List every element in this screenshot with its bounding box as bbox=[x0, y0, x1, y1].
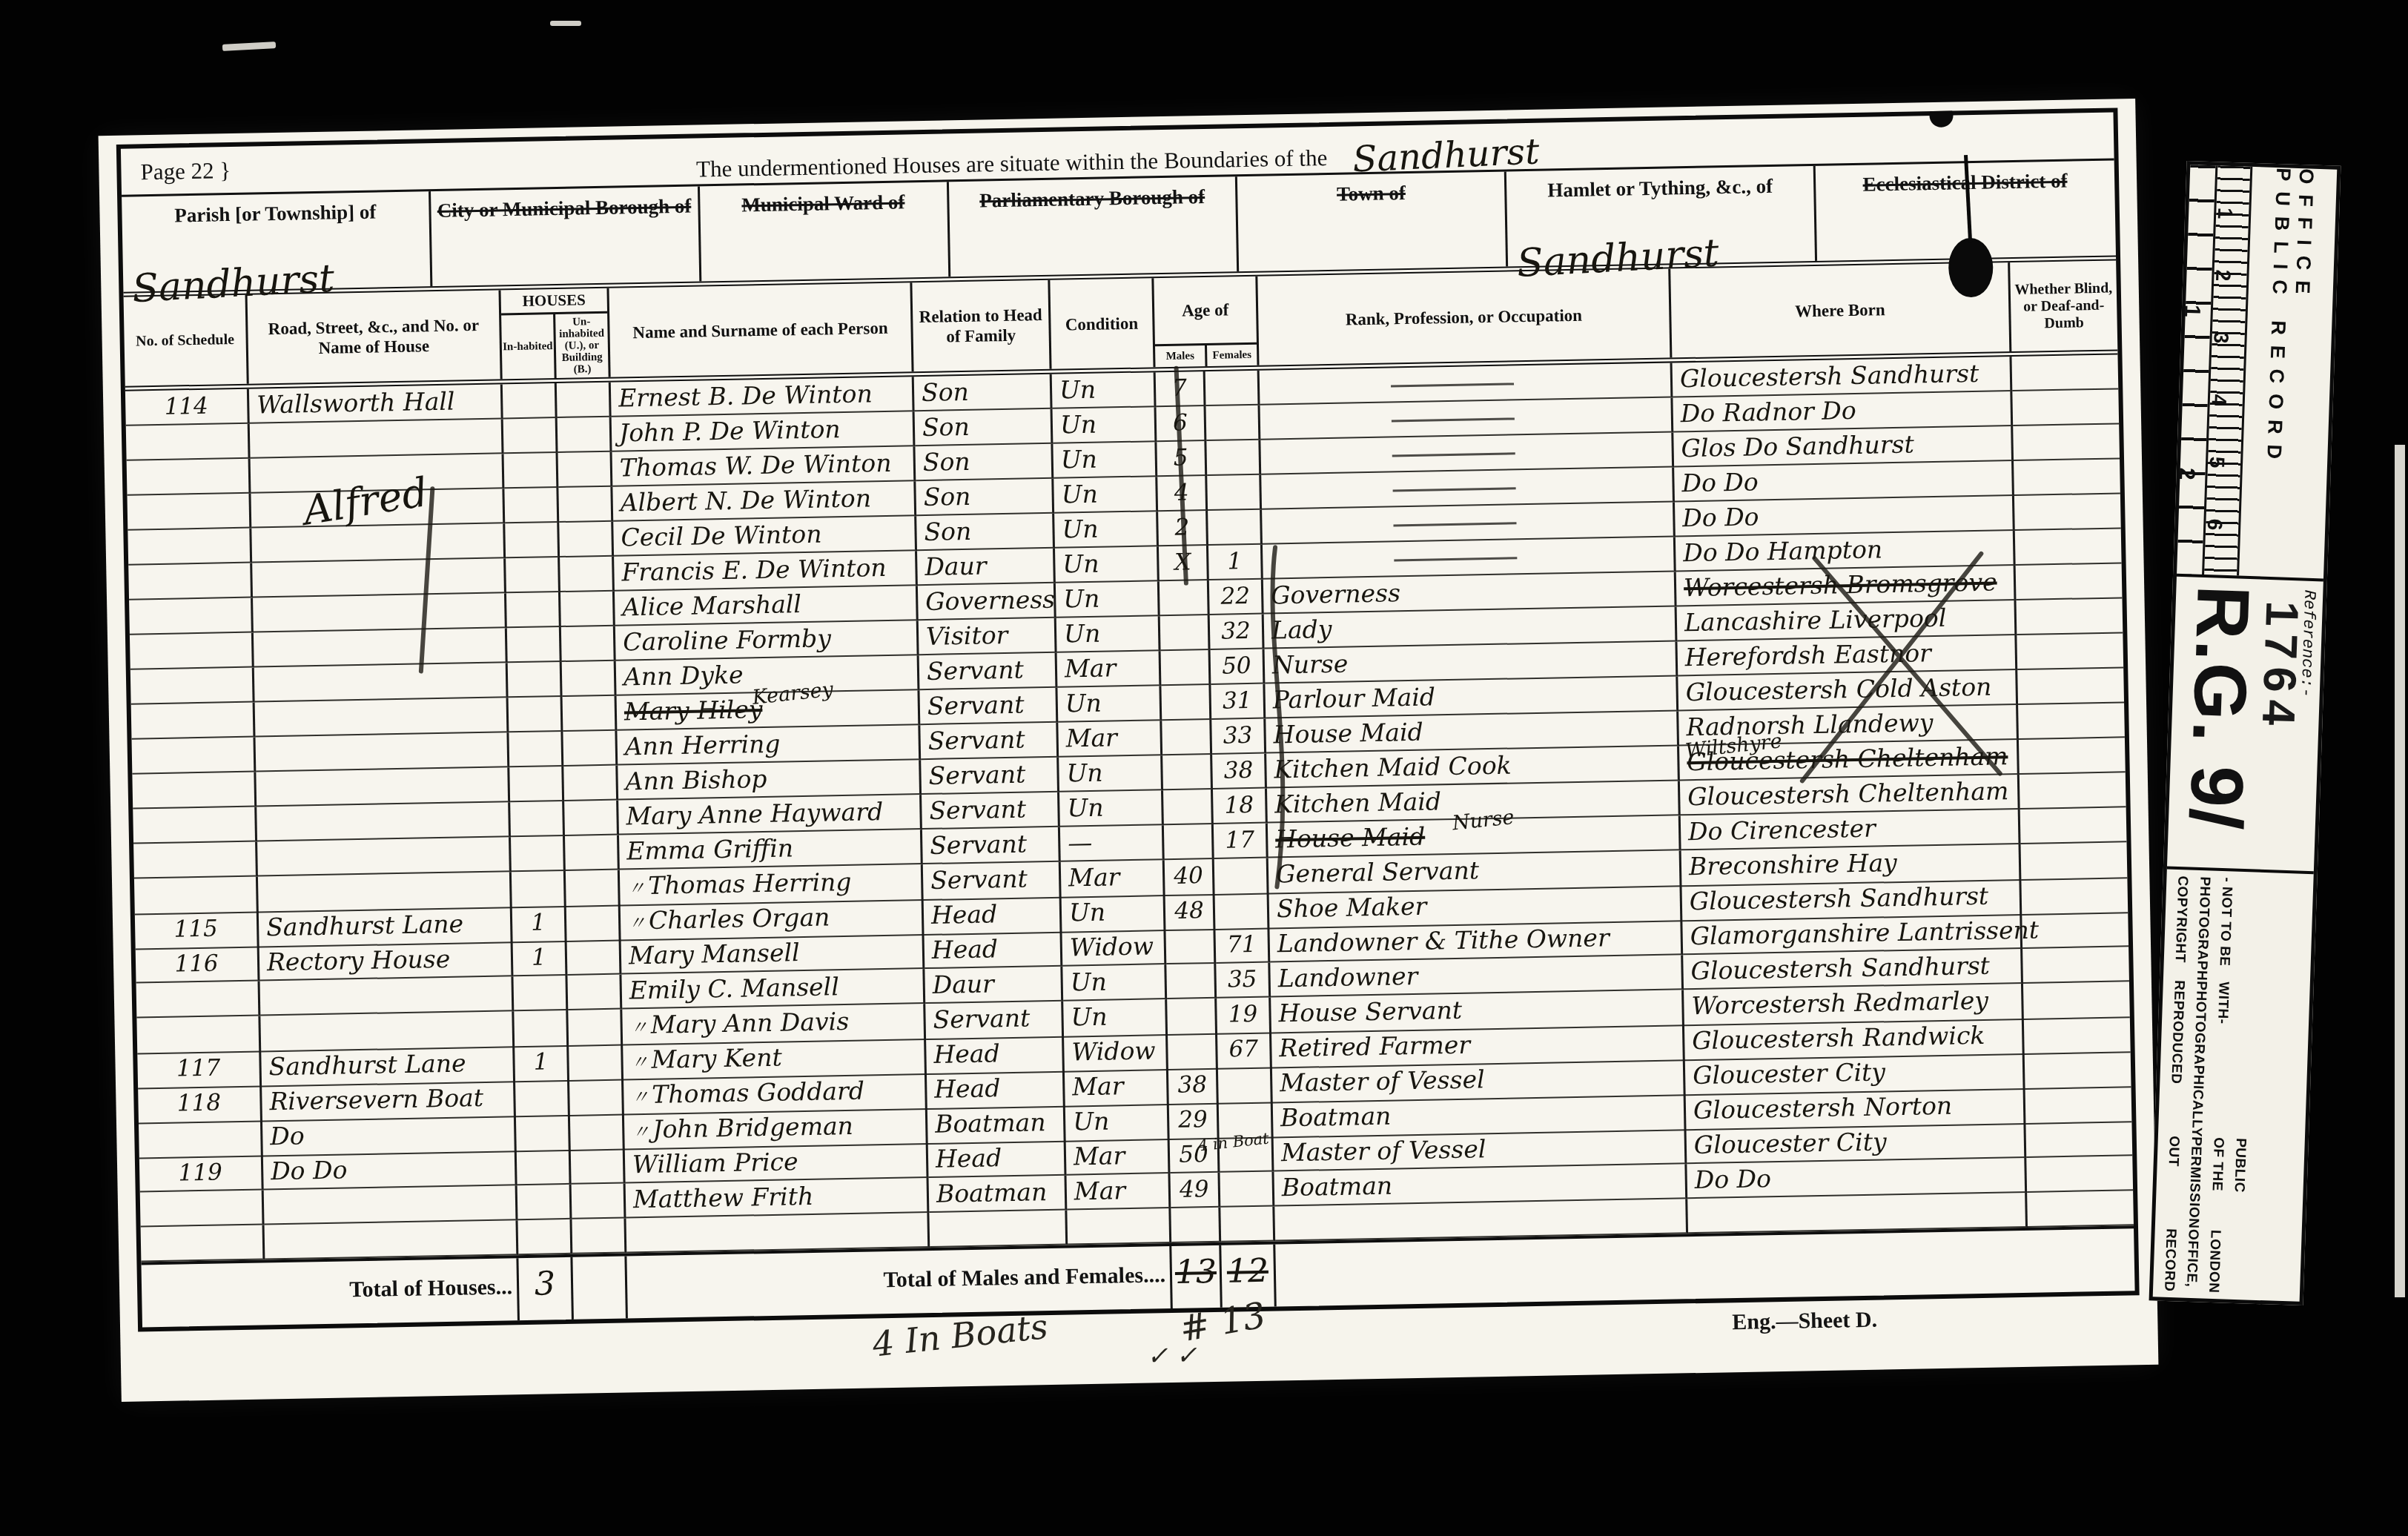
cell-name: Francis E. De Winton bbox=[614, 551, 918, 591]
cell-age-female: 17 bbox=[1214, 824, 1268, 859]
cell-age-female bbox=[1206, 405, 1261, 441]
cell-schedule bbox=[140, 1190, 265, 1227]
cell-blind bbox=[2012, 389, 2119, 426]
reference-label: Reference:- bbox=[2297, 589, 2319, 698]
film-speck bbox=[222, 42, 276, 51]
cell-born: Gloucestersh CheltenhamWiltshyre bbox=[1679, 740, 2020, 781]
cell-relation: Servant bbox=[922, 792, 1060, 830]
cell-inhabited bbox=[505, 523, 560, 558]
cell-blind bbox=[2015, 529, 2122, 566]
cell-relation: Boatman bbox=[927, 1106, 1066, 1145]
cell-age-male bbox=[1168, 1033, 1218, 1070]
cell-age-female bbox=[1214, 858, 1269, 896]
cell-house bbox=[257, 837, 512, 876]
col-relation: Relation to Head of Family bbox=[912, 280, 1051, 371]
cell-inhabited bbox=[513, 976, 568, 1011]
cell-condition: Un bbox=[1056, 581, 1160, 618]
cell-uninhabited bbox=[558, 417, 612, 453]
cell-name: Ann Bishop bbox=[618, 760, 922, 800]
cell-name: Mary Mansell bbox=[621, 934, 925, 974]
col-inhabited: In-habited bbox=[501, 314, 557, 379]
jurisdiction-field-3: Parliamentary Borough of bbox=[948, 176, 1239, 277]
col-males: Males bbox=[1155, 345, 1208, 367]
cell-relation: Son bbox=[916, 479, 1054, 516]
cell-schedule bbox=[130, 633, 254, 670]
cell-relation: Head bbox=[927, 1071, 1065, 1110]
ruler-number: 4 bbox=[2206, 394, 2230, 406]
cell-age-female: 22 bbox=[1209, 580, 1264, 615]
ruler-number: 2 bbox=[2211, 269, 2235, 282]
cell-uninhabited bbox=[572, 1184, 626, 1219]
cell-age-male bbox=[1165, 929, 1216, 964]
col-house: Road, Street, &c., and No. or Name of Ho… bbox=[248, 290, 503, 383]
cell-age-male: 4 bbox=[1157, 476, 1208, 512]
jurisdiction-field-2: Municipal Ward of bbox=[699, 182, 950, 281]
cell-name: Ernest B. De Winton bbox=[611, 377, 915, 417]
cell-blind bbox=[2014, 459, 2120, 496]
cell-age-male bbox=[1167, 999, 1217, 1036]
cell-born: Do Do Hampton bbox=[1676, 531, 2016, 572]
cell-relation: Servant bbox=[923, 862, 1062, 901]
cell-relation: Servant bbox=[920, 723, 1059, 760]
col-occupation: Rank, Profession, or Occupation bbox=[1257, 268, 1672, 365]
cell-condition: Un bbox=[1059, 790, 1164, 827]
census-page: Page 22 } The undermentioned Houses are … bbox=[99, 99, 2159, 1402]
cell-relation: Head bbox=[926, 1036, 1065, 1075]
cell-inhabited bbox=[510, 801, 565, 837]
field-label: City or Municipal Borough of bbox=[431, 194, 698, 223]
cell-age-male bbox=[1171, 1208, 1221, 1243]
cell-condition: Un bbox=[1062, 895, 1166, 933]
cell-blind bbox=[2025, 1121, 2132, 1158]
film-edge-sliver bbox=[2395, 445, 2405, 1297]
ruler-inch-number: 1 bbox=[2179, 304, 2205, 317]
jurisdiction-field-0: Parish [or Township] ofSandhurst bbox=[122, 191, 432, 292]
cell-uninhabited bbox=[565, 835, 620, 871]
cell-inhabited bbox=[511, 836, 566, 872]
cell-name: William Price bbox=[625, 1143, 929, 1183]
cell-house: Alfred bbox=[251, 489, 505, 528]
cell-blind bbox=[2022, 912, 2128, 949]
cell-born: Do Do bbox=[1674, 461, 2014, 502]
cell-born: Gloucester City bbox=[1686, 1123, 2026, 1164]
cell-schedule bbox=[132, 772, 257, 810]
cell-relation: Head bbox=[924, 897, 1062, 936]
cell-condition: Mar bbox=[1058, 721, 1162, 758]
cell-uninhabited bbox=[560, 592, 615, 627]
cell-blind bbox=[2013, 424, 2120, 461]
field-label: Town of bbox=[1237, 179, 1504, 208]
cell-house bbox=[254, 628, 508, 667]
cell-born: Do Do bbox=[1675, 496, 2015, 537]
cell-uninhabited bbox=[563, 696, 618, 732]
cell-age-female bbox=[1205, 371, 1260, 406]
cell-uninhabited bbox=[571, 1149, 626, 1185]
cell-relation: Son bbox=[915, 409, 1053, 446]
cell-uninhabited bbox=[564, 801, 619, 836]
cell-inhabited bbox=[517, 1185, 572, 1220]
cell-relation: Son bbox=[916, 514, 1055, 551]
cell-inhabited bbox=[515, 1080, 570, 1117]
cell-inhabited bbox=[512, 871, 566, 908]
copyright-line: RECORD OFFICE, LONDON bbox=[2157, 1228, 2298, 1295]
cell-born: Herefordsh Eastnor bbox=[1677, 635, 2017, 676]
col-condition: Condition bbox=[1050, 278, 1155, 369]
jurisdiction-field-6: Ecclesiastical District of bbox=[1815, 161, 2116, 261]
cell-uninhabited bbox=[558, 487, 613, 523]
cell-schedule bbox=[133, 842, 258, 879]
cell-inhabited bbox=[506, 557, 560, 593]
cell-name: John P. De Winton bbox=[612, 411, 916, 451]
ruler-number: 3 bbox=[2209, 331, 2232, 344]
cell-age-female: 19 bbox=[1217, 998, 1271, 1035]
cell-schedule: 116 bbox=[136, 947, 260, 984]
cell-inhabited: 1 bbox=[515, 1045, 569, 1082]
census-table: Page 22 } The undermentioned Houses are … bbox=[116, 107, 2140, 1331]
cell-house bbox=[252, 558, 506, 597]
cell-name: Caroline Formby bbox=[615, 620, 919, 661]
cell-schedule bbox=[141, 1225, 265, 1262]
cell-condition: Un bbox=[1056, 616, 1161, 653]
cell-age-female: 33 bbox=[1211, 719, 1266, 755]
cell-blind bbox=[2020, 772, 2126, 810]
cell-age-female: 31 bbox=[1211, 684, 1266, 720]
cell-house bbox=[265, 1220, 519, 1259]
cell-relation: Head bbox=[928, 1141, 1067, 1178]
cell-house bbox=[253, 593, 507, 632]
public-record-office-label: PUBLIC RECORD OFFICE bbox=[2258, 168, 2318, 578]
cell-blind bbox=[2018, 703, 2125, 740]
cell-age-male bbox=[1160, 615, 1211, 651]
cell-inhabited: 1 bbox=[513, 941, 568, 976]
cell-inhabited bbox=[504, 488, 559, 523]
cell-inhabited bbox=[507, 627, 562, 663]
col-born: Where Born bbox=[1670, 262, 2011, 357]
cell-born: Gloucestersh Cold Aston bbox=[1678, 670, 2018, 711]
cell-house bbox=[260, 976, 515, 1016]
cell-born: Glos Do Sandhurst bbox=[1673, 426, 2014, 467]
col-females: Females bbox=[1207, 345, 1257, 366]
cell-schedule bbox=[129, 598, 254, 635]
cell-blind bbox=[2014, 494, 2121, 531]
copyright-notice: COPYRIGHT PHOTOGRAPH - NOT TO BEREPRODUC… bbox=[2153, 870, 2314, 1302]
cell-age-female: 71 bbox=[1215, 928, 1270, 964]
cell-born: Gloucestersh Cheltenham bbox=[1680, 775, 2020, 815]
cell-blind bbox=[2016, 598, 2123, 635]
cell-age-female: 1 bbox=[1208, 545, 1263, 580]
cell-age-female bbox=[1218, 1067, 1273, 1105]
cell-blind bbox=[2017, 668, 2124, 705]
col-houses-group: HOUSES In-habited Un-inhabited (U.), or … bbox=[500, 288, 610, 380]
cell-name: Emma Griffin bbox=[619, 830, 923, 870]
cell-schedule: 119 bbox=[139, 1155, 264, 1192]
cell-blind bbox=[2023, 981, 2130, 1020]
cell-name: Matthew Frith bbox=[626, 1178, 930, 1218]
cell-uninhabited bbox=[559, 522, 614, 557]
cell-condition: Un bbox=[1059, 755, 1163, 792]
cell-age-male bbox=[1160, 580, 1210, 616]
cell-relation: Servant bbox=[919, 653, 1058, 690]
cell-condition: Un bbox=[1055, 546, 1160, 583]
cell-uninhabited bbox=[567, 940, 622, 976]
cell-born: Do Cirencester bbox=[1681, 810, 2021, 850]
cell-inhabited: 1 bbox=[512, 906, 567, 943]
cell-inhabited bbox=[503, 418, 558, 454]
cell-condition: Un bbox=[1065, 1104, 1170, 1142]
cell-relation: Daur bbox=[924, 967, 1063, 1004]
cell-age-male bbox=[1164, 824, 1214, 860]
cell-house bbox=[257, 802, 511, 841]
copyright-line: OUT PERMISSION OF THE PUBLIC bbox=[2160, 1136, 2300, 1232]
cell-house bbox=[255, 732, 509, 772]
cell-blind bbox=[2021, 877, 2128, 916]
cell-blind bbox=[2022, 947, 2129, 984]
cell-condition: Un bbox=[1053, 442, 1157, 479]
cell-condition: Mar bbox=[1057, 651, 1162, 688]
cell-blind bbox=[2021, 842, 2128, 881]
cell-condition: Widow bbox=[1062, 930, 1166, 967]
cell-blind bbox=[2017, 633, 2123, 670]
cell-blind bbox=[2024, 1016, 2131, 1055]
field-label: Parliamentary Borough of bbox=[949, 184, 1236, 213]
cell-age-male: 48 bbox=[1165, 894, 1216, 931]
col-name: Name and Surname of each Person bbox=[609, 282, 913, 377]
cell-schedule bbox=[139, 1120, 263, 1159]
cell-age-female bbox=[1215, 893, 1270, 930]
cell-schedule bbox=[127, 494, 251, 531]
cell-born: Do Do bbox=[1687, 1158, 2027, 1199]
col-uninhabited: Un-inhabited (U.), or Building (B.) bbox=[555, 314, 609, 378]
jurisdiction-field-1: City or Municipal Borough of bbox=[431, 186, 701, 286]
cell-house bbox=[256, 767, 510, 807]
cell-uninhabited bbox=[572, 1219, 626, 1254]
cell-schedule bbox=[130, 668, 255, 705]
cell-schedule bbox=[128, 563, 253, 600]
col-schedule: No. of Schedule bbox=[124, 295, 249, 386]
ruler: 12 123456 PUBLIC RECORD OFFICE bbox=[2177, 165, 2337, 581]
cell-uninhabited bbox=[561, 626, 616, 662]
cell-age-male: 40 bbox=[1165, 859, 1215, 896]
cell-schedule bbox=[132, 738, 257, 775]
cell-condition: Un bbox=[1053, 407, 1157, 444]
cell-uninhabited bbox=[557, 383, 612, 418]
sheet-footer: Eng.—Sheet D. bbox=[1732, 1308, 1877, 1336]
cell-age-female bbox=[1220, 1206, 1275, 1242]
cell-name: Cecil De Winton bbox=[613, 516, 917, 556]
cell-condition: Un bbox=[1057, 686, 1162, 723]
cell-condition: Un bbox=[1063, 999, 1168, 1038]
cell-uninhabited bbox=[568, 1010, 623, 1047]
cell-age-male bbox=[1162, 720, 1212, 755]
cell-uninhabited bbox=[566, 905, 621, 942]
cell-schedule bbox=[131, 703, 256, 740]
cell-uninhabited bbox=[566, 870, 621, 907]
cell-name: Mary HileyKearsey bbox=[617, 690, 921, 730]
cell-relation: Daur bbox=[917, 549, 1056, 586]
cell-born: Lancashire Liverpool bbox=[1677, 600, 2017, 641]
col-blind: Whether Blind, or Deaf-and-Dumb bbox=[2010, 260, 2117, 351]
col-age-group: Age of Males Females bbox=[1154, 277, 1259, 368]
cell-age-female: 38 bbox=[1212, 754, 1267, 789]
cell-age-male: 504 in Boat bbox=[1170, 1138, 1220, 1173]
field-label: Hamlet or Tything, &c., of bbox=[1506, 173, 1813, 203]
cell-blind bbox=[2016, 563, 2123, 600]
cell-inhabited bbox=[514, 1010, 569, 1047]
cell-house bbox=[264, 1185, 518, 1225]
cell-uninhabited bbox=[570, 1114, 625, 1151]
census-rows: 114Wallsworth HallErnest B. De WintonSon… bbox=[125, 354, 2134, 1262]
cell-condition: Mar bbox=[1066, 1139, 1171, 1176]
cell-age-male: 2 bbox=[1158, 511, 1208, 546]
cell-condition: Un bbox=[1053, 477, 1158, 514]
jurisdiction-field-4: Town of bbox=[1237, 172, 1508, 272]
cell-name bbox=[626, 1213, 930, 1253]
cell-house bbox=[251, 523, 506, 563]
copyright-line: COPYRIGHT PHOTOGRAPH - NOT TO BE bbox=[2168, 875, 2309, 984]
cell-age-male bbox=[1162, 755, 1213, 790]
cell-blind bbox=[2011, 354, 2118, 391]
cell-blind bbox=[2020, 807, 2127, 844]
cell-schedule bbox=[134, 877, 259, 916]
cell-age-male: X bbox=[1159, 546, 1209, 581]
occupation-correction: Nurse bbox=[1451, 801, 1516, 841]
cell-uninhabited bbox=[558, 452, 613, 488]
cell-age-male bbox=[1166, 964, 1217, 999]
cell-uninhabited bbox=[569, 1045, 623, 1082]
reference-zone: R.G. 9/ 1764 Reference:- bbox=[2167, 577, 2323, 875]
cell-born: Worcestersh Bromsgrove bbox=[1676, 566, 2017, 606]
series-reference: R.G. 9/ bbox=[2174, 584, 2265, 832]
cell-age-male bbox=[1161, 650, 1211, 686]
cell-uninhabited bbox=[563, 766, 618, 801]
cell-blind bbox=[2025, 1086, 2132, 1125]
cell-age-female bbox=[1206, 440, 1261, 476]
check-marks: ✓ ✓ bbox=[1147, 1340, 1198, 1371]
cell-inhabited bbox=[506, 592, 561, 628]
cell-relation: Servant bbox=[919, 688, 1058, 725]
cell-relation: Servant bbox=[921, 758, 1059, 795]
cell-schedule bbox=[127, 459, 251, 496]
cell-house bbox=[255, 698, 509, 737]
cell-born bbox=[1687, 1193, 2028, 1234]
cell-age-female bbox=[1207, 475, 1262, 511]
cell-age-male: 38 bbox=[1168, 1068, 1219, 1105]
cell-condition: — bbox=[1060, 825, 1165, 862]
cell-age-male bbox=[1161, 685, 1211, 721]
cell-schedule bbox=[136, 1016, 261, 1055]
cell-inhabited bbox=[509, 732, 563, 767]
cell-uninhabited bbox=[563, 731, 618, 767]
cell-condition: Mar bbox=[1065, 1069, 1169, 1108]
cell-condition: Un bbox=[1052, 372, 1157, 409]
cell-born: Do Radnor Do bbox=[1673, 391, 2013, 432]
cell-blind bbox=[2019, 738, 2126, 775]
cell-condition: Widow bbox=[1064, 1034, 1168, 1073]
cell-name: Thomas W. De Winton bbox=[612, 446, 916, 486]
cell-schedule bbox=[136, 981, 261, 1019]
cell-born: Glamorganshire Lantrissent bbox=[1682, 914, 2022, 955]
ruler-number: 1 bbox=[2213, 207, 2237, 219]
cell-relation: Boatman bbox=[929, 1176, 1068, 1213]
cell-inhabited bbox=[517, 1150, 572, 1185]
cell-age-female: 35 bbox=[1216, 963, 1271, 999]
cell-blind bbox=[2027, 1191, 2134, 1228]
cell-born: Gloucestersh Sandhurst bbox=[1673, 357, 2013, 397]
cell-age-male bbox=[1163, 789, 1214, 825]
cell-schedule bbox=[128, 529, 252, 566]
field-label: Municipal Ward of bbox=[700, 189, 947, 217]
cell-condition: Un bbox=[1062, 964, 1167, 1002]
cell-schedule: 118 bbox=[138, 1085, 262, 1124]
cell-inhabited bbox=[516, 1115, 571, 1152]
cell-name: Emily C. Mansell bbox=[621, 969, 925, 1009]
total-males-females-label: Total of Males and Females.... bbox=[626, 1246, 1172, 1318]
ruler-number: 6 bbox=[2203, 518, 2226, 531]
cell-condition bbox=[1067, 1208, 1171, 1245]
cell-name: Ann Herring bbox=[617, 725, 921, 765]
cell-relation: Servant bbox=[925, 1002, 1064, 1040]
cell-born: Gloucestersh Sandhurst bbox=[1683, 949, 2023, 990]
cell-relation bbox=[929, 1211, 1068, 1248]
ruler-number: 5 bbox=[2205, 456, 2229, 469]
cell-age-male: 5 bbox=[1157, 441, 1207, 477]
cell-age-female: 18 bbox=[1213, 789, 1268, 824]
cell-schedule bbox=[133, 807, 257, 844]
cell-uninhabited bbox=[567, 975, 622, 1010]
cell-uninhabited bbox=[560, 557, 615, 592]
field-label: Ecclesiastical District of bbox=[1816, 168, 2115, 196]
cell-age-female bbox=[1220, 1171, 1274, 1207]
jurisdiction-field-5: Hamlet or Tything, &c., ofSandhurst bbox=[1506, 166, 1817, 267]
total-houses-label: Total of Houses... bbox=[142, 1258, 520, 1327]
cell-condition: Un bbox=[1054, 512, 1159, 549]
cell-inhabited bbox=[517, 1219, 572, 1255]
cell-blind bbox=[2025, 1051, 2131, 1090]
ruler-inch-number: 2 bbox=[2174, 467, 2200, 480]
cell-schedule: 117 bbox=[137, 1051, 262, 1090]
cell-house bbox=[254, 663, 509, 702]
cell-condition: Mar bbox=[1066, 1173, 1171, 1211]
cell-uninhabited bbox=[569, 1079, 624, 1116]
cell-age-female: 67 bbox=[1217, 1033, 1272, 1070]
cell-blind bbox=[2026, 1156, 2133, 1193]
cell-relation: Visitor bbox=[919, 618, 1057, 655]
cell-inhabited bbox=[508, 662, 563, 698]
cell-age-female bbox=[1208, 510, 1263, 546]
cell-house: Do Do bbox=[263, 1151, 517, 1190]
cell-age-male: 49 bbox=[1170, 1173, 1220, 1208]
cell-relation: Servant bbox=[922, 827, 1061, 864]
cell-relation: Son bbox=[914, 374, 1053, 411]
cell-house bbox=[250, 419, 504, 458]
cell-uninhabited bbox=[562, 661, 617, 697]
cell-age-female: 32 bbox=[1210, 615, 1265, 650]
cell-relation: Son bbox=[915, 444, 1053, 481]
cell-relation: Governess bbox=[918, 583, 1056, 620]
cell-schedule: 115 bbox=[135, 912, 259, 950]
cell-schedule bbox=[126, 424, 251, 461]
field-label: Parish [or Township] of bbox=[122, 199, 429, 228]
cell-age-female: 50 bbox=[1211, 649, 1266, 685]
cell-inhabited bbox=[509, 697, 563, 732]
cell-schedule: 114 bbox=[125, 389, 250, 426]
copyright-line: REPRODUCED PHOTOGRAPHICALLY WITH- bbox=[2163, 980, 2306, 1140]
cell-age-male: 7 bbox=[1156, 371, 1206, 407]
cell-house: Rectory House bbox=[259, 941, 514, 981]
cell-inhabited bbox=[509, 767, 564, 802]
cell-name: Alice Marshall bbox=[615, 586, 919, 626]
cell-inhabited bbox=[504, 453, 559, 489]
